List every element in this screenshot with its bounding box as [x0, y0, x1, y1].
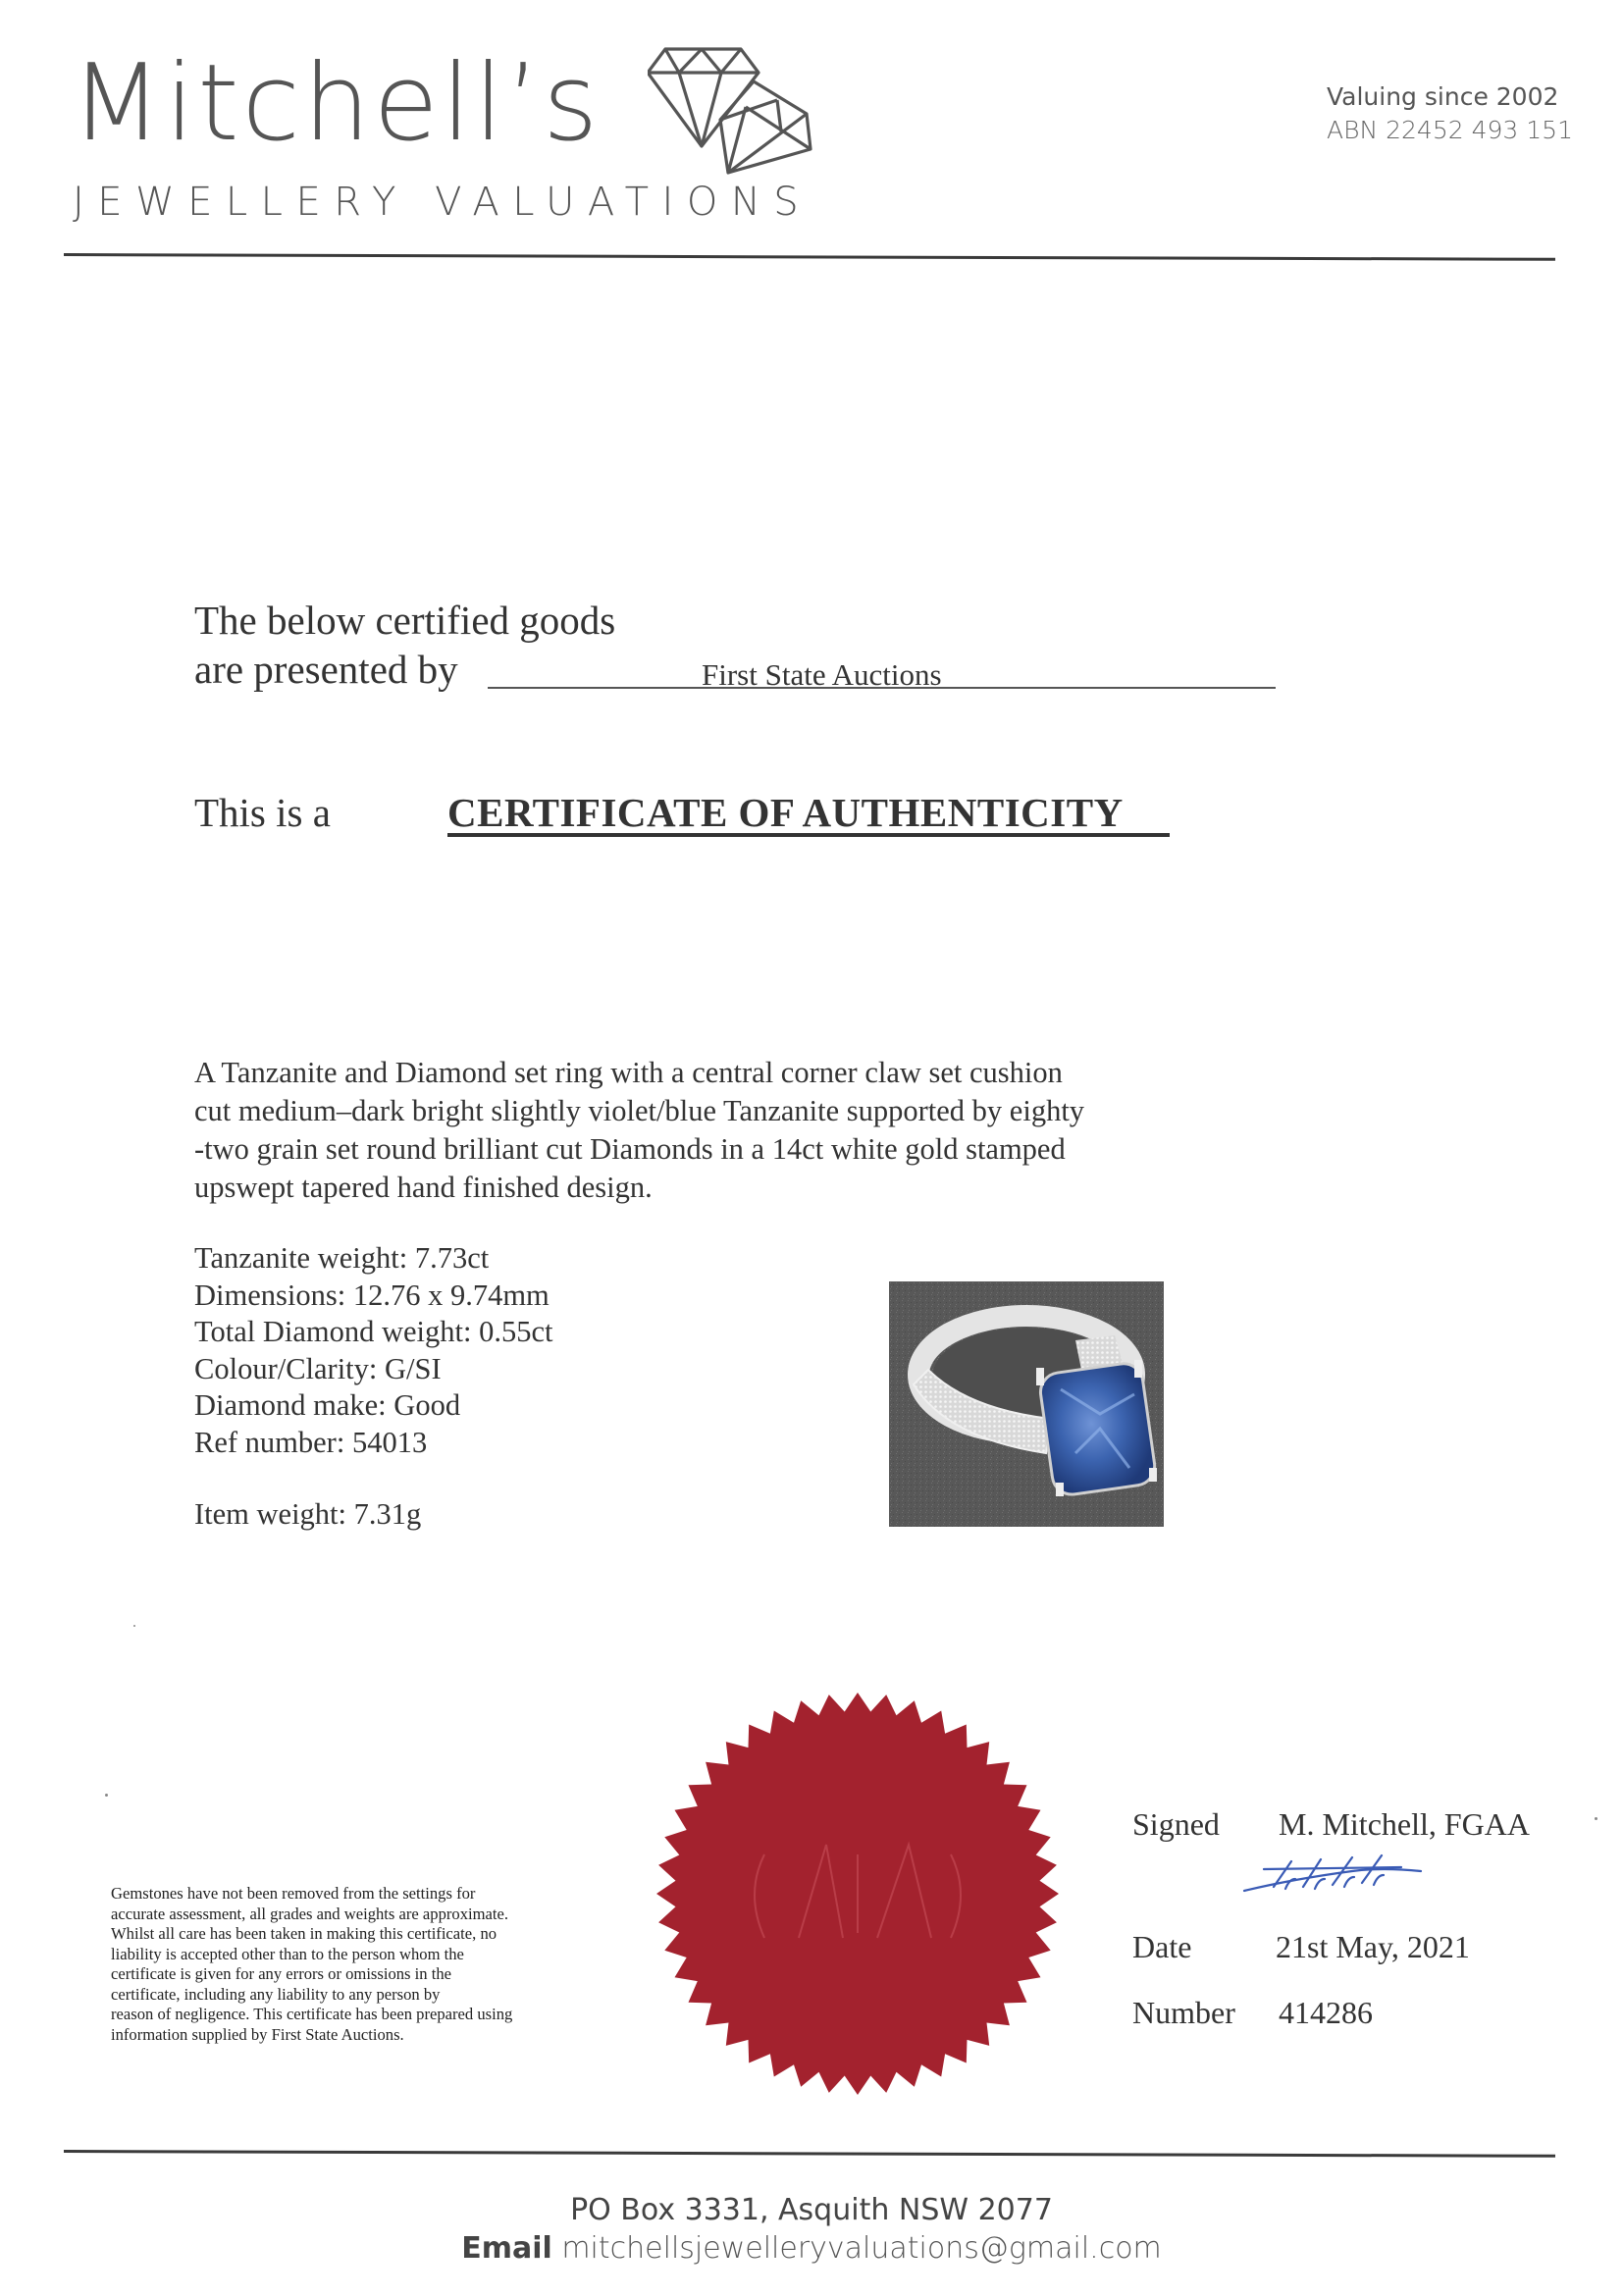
spec-ref-number: Ref number: 54013 — [194, 1425, 553, 1462]
certificate-title-underline — [447, 833, 1170, 837]
abn-number: ABN 22452 493 151 — [1327, 118, 1573, 142]
header-divider — [64, 253, 1555, 261]
disclaimer-line: certificate, including any liability to … — [111, 1985, 621, 2006]
description-line: -two grain set round brilliant cut Diamo… — [194, 1130, 1195, 1169]
disclaimer-line: reason of negligence. This certificate h… — [111, 2005, 621, 2025]
disclaimer-line: liability is accepted other than to the … — [111, 1945, 621, 1965]
footer-divider — [64, 2150, 1555, 2158]
brand-name: Mitchell’s — [71, 51, 601, 157]
spec-tanzanite-weight: Tanzanite weight: 7.73ct — [194, 1240, 553, 1278]
spec-colour-clarity: Colour/Clarity: G/SI — [194, 1351, 553, 1388]
email-label: Email — [461, 2231, 552, 2266]
tagline: Valuing since 2002 — [1327, 84, 1558, 109]
description-line: upswept tapered hand finished design. — [194, 1169, 1195, 1207]
disclaimer-line: accurate assessment, all grades and weig… — [111, 1905, 621, 1925]
description-line: A Tanzanite and Diamond set ring with a … — [194, 1054, 1195, 1092]
intro-line-1: The below certified goods — [194, 600, 615, 641]
signed-label: Signed — [1132, 1808, 1220, 1840]
certificate-title: CERTIFICATE OF AUTHENTICITY — [447, 793, 1124, 833]
scan-speck — [133, 1625, 135, 1627]
disclaimer-line: Gemstones have not been removed from the… — [111, 1884, 621, 1905]
item-description: A Tanzanite and Diamond set ring with a … — [194, 1054, 1195, 1207]
disclaimer: Gemstones have not been removed from the… — [111, 1884, 621, 2045]
certificate-number: 414286 — [1279, 1997, 1373, 2028]
specifications: Tanzanite weight: 7.73ct Dimensions: 12.… — [194, 1240, 553, 1461]
signer-name: M. Mitchell, FGAA — [1279, 1808, 1530, 1840]
item-weight: Item weight: 7.31g — [194, 1499, 421, 1530]
ring-photo — [889, 1281, 1164, 1527]
footer-email: Email mitchellsjewelleryvaluations@gmail… — [0, 2234, 1623, 2264]
email-link[interactable]: mitchellsjewelleryvaluations@gmail.com — [561, 2231, 1161, 2266]
date-value: 21st May, 2021 — [1276, 1931, 1470, 1962]
scan-speck — [1595, 1817, 1597, 1820]
date-label: Date — [1132, 1931, 1191, 1962]
disclaimer-line: information supplied by First State Auct… — [111, 2025, 621, 2046]
footer-address: PO Box 3331, Asquith NSW 2077 — [0, 2196, 1623, 2225]
handwritten-signature — [1234, 1850, 1431, 1899]
spec-diamond-make: Diamond make: Good — [194, 1387, 553, 1425]
disclaimer-line: Whilst all care has been taken in making… — [111, 1924, 621, 1945]
presenter-name: First State Auctions — [702, 657, 942, 693]
description-line: cut medium–dark bright slightly violet/b… — [194, 1092, 1195, 1130]
diamond-pair-icon — [648, 45, 814, 178]
brand-subtitle: JEWELLERY VALUATIONS — [73, 183, 811, 222]
spec-dimensions: Dimensions: 12.76 x 9.74mm — [194, 1278, 553, 1315]
number-label: Number — [1132, 1997, 1235, 2028]
scan-speck — [105, 1794, 108, 1797]
spec-total-diamond-weight: Total Diamond weight: 0.55ct — [194, 1314, 553, 1351]
certificate-prefix: This is a — [194, 793, 331, 833]
intro-line-2: are presented by — [194, 650, 458, 690]
red-seal-icon — [652, 1688, 1064, 2100]
disclaimer-line: certificate is given for any errors or o… — [111, 1964, 621, 1985]
